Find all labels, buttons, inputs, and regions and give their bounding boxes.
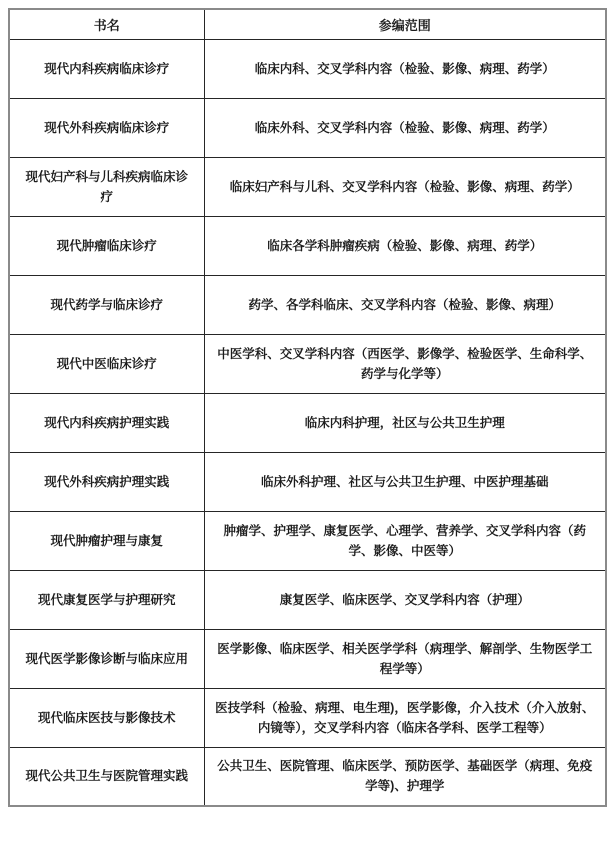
table-row: 现代公共卫生与医院管理实践 公共卫生、医院管理、临床医学、预防医学、基础医学（病… [9, 747, 606, 806]
scope-cell: 康复医学、临床医学、交叉学科内容（护理） [204, 570, 606, 629]
book-name-cell: 现代肿瘤护理与康复 [9, 511, 204, 570]
table-row: 现代内科疾病临床诊疗 临床内科、交叉学科内容（检验、影像、病理、药学） [9, 39, 606, 98]
scope-cell: 临床外科护理、社区与公共卫生护理、中医护理基础 [204, 452, 606, 511]
scope-cell: 临床妇产科与儿科、交叉学科内容（检验、影像、病理、药学） [204, 157, 606, 216]
table-row: 现代外科疾病护理实践 临床外科护理、社区与公共卫生护理、中医护理基础 [9, 452, 606, 511]
header-scope: 参编范围 [204, 9, 606, 39]
book-name-cell: 现代内科疾病护理实践 [9, 393, 204, 452]
table-row: 现代药学与临床诊疗 药学、各学科临床、交叉学科内容（检验、影像、病理） [9, 275, 606, 334]
book-name-cell: 现代肿瘤临床诊疗 [9, 216, 204, 275]
table-row: 现代外科疾病临床诊疗 临床外科、交叉学科内容（检验、影像、病理、药学） [9, 98, 606, 157]
book-name-cell: 现代医学影像诊断与临床应用 [9, 629, 204, 688]
table-row: 现代中医临床诊疗 中医学科、交叉学科内容（西医学、影像学、检验医学、生命科学、药… [9, 334, 606, 393]
book-name-cell: 现代临床医技与影像技术 [9, 688, 204, 747]
book-name-cell: 现代药学与临床诊疗 [9, 275, 204, 334]
book-name-cell: 现代外科疾病护理实践 [9, 452, 204, 511]
table-header-row: 书名 参编范围 [9, 9, 606, 39]
book-name-cell: 现代外科疾病临床诊疗 [9, 98, 204, 157]
header-book-name: 书名 [9, 9, 204, 39]
scope-cell: 临床外科、交叉学科内容（检验、影像、病理、药学） [204, 98, 606, 157]
table-row: 现代临床医技与影像技术 医技学科（检验、病理、电生理)，医学影像，介入技术（介入… [9, 688, 606, 747]
scope-cell: 肿瘤学、护理学、康复医学、心理学、营养学、交叉学科内容（药学、影像、中医等） [204, 511, 606, 570]
book-name-cell: 现代康复医学与护理研究 [9, 570, 204, 629]
document-page: 书名 参编范围 现代内科疾病临床诊疗 临床内科、交叉学科内容（检验、影像、病理、… [0, 0, 614, 845]
scope-cell: 药学、各学科临床、交叉学科内容（检验、影像、病理） [204, 275, 606, 334]
book-name-cell: 现代中医临床诊疗 [9, 334, 204, 393]
table-row: 现代内科疾病护理实践 临床内科护理，社区与公共卫生护理 [9, 393, 606, 452]
scope-cell: 医技学科（检验、病理、电生理)，医学影像，介入技术（介入放射、内镜等），交叉学科… [204, 688, 606, 747]
scope-cell: 临床各学科肿瘤疾病（检验、影像、病理、药学） [204, 216, 606, 275]
table-body: 现代内科疾病临床诊疗 临床内科、交叉学科内容（检验、影像、病理、药学） 现代外科… [9, 39, 606, 806]
table-row: 现代康复医学与护理研究 康复医学、临床医学、交叉学科内容（护理） [9, 570, 606, 629]
book-name-cell: 现代内科疾病临床诊疗 [9, 39, 204, 98]
table-row: 现代肿瘤临床诊疗 临床各学科肿瘤疾病（检验、影像、病理、药学） [9, 216, 606, 275]
table-row: 现代妇产科与儿科疾病临床诊疗 临床妇产科与儿科、交叉学科内容（检验、影像、病理、… [9, 157, 606, 216]
table-row: 现代医学影像诊断与临床应用 医学影像、临床医学、相关医学学科（病理学、解剖学、生… [9, 629, 606, 688]
scope-cell: 公共卫生、医院管理、临床医学、预防医学、基础医学（病理、免疫学等)、护理学 [204, 747, 606, 806]
scope-cell: 中医学科、交叉学科内容（西医学、影像学、检验医学、生命科学、药学与化学等） [204, 334, 606, 393]
scope-cell: 临床内科、交叉学科内容（检验、影像、病理、药学） [204, 39, 606, 98]
books-table: 书名 参编范围 现代内科疾病临床诊疗 临床内科、交叉学科内容（检验、影像、病理、… [8, 8, 607, 807]
book-name-cell: 现代妇产科与儿科疾病临床诊疗 [9, 157, 204, 216]
book-name-cell: 现代公共卫生与医院管理实践 [9, 747, 204, 806]
scope-cell: 医学影像、临床医学、相关医学学科（病理学、解剖学、生物医学工程学等） [204, 629, 606, 688]
table-row: 现代肿瘤护理与康复 肿瘤学、护理学、康复医学、心理学、营养学、交叉学科内容（药学… [9, 511, 606, 570]
scope-cell: 临床内科护理，社区与公共卫生护理 [204, 393, 606, 452]
